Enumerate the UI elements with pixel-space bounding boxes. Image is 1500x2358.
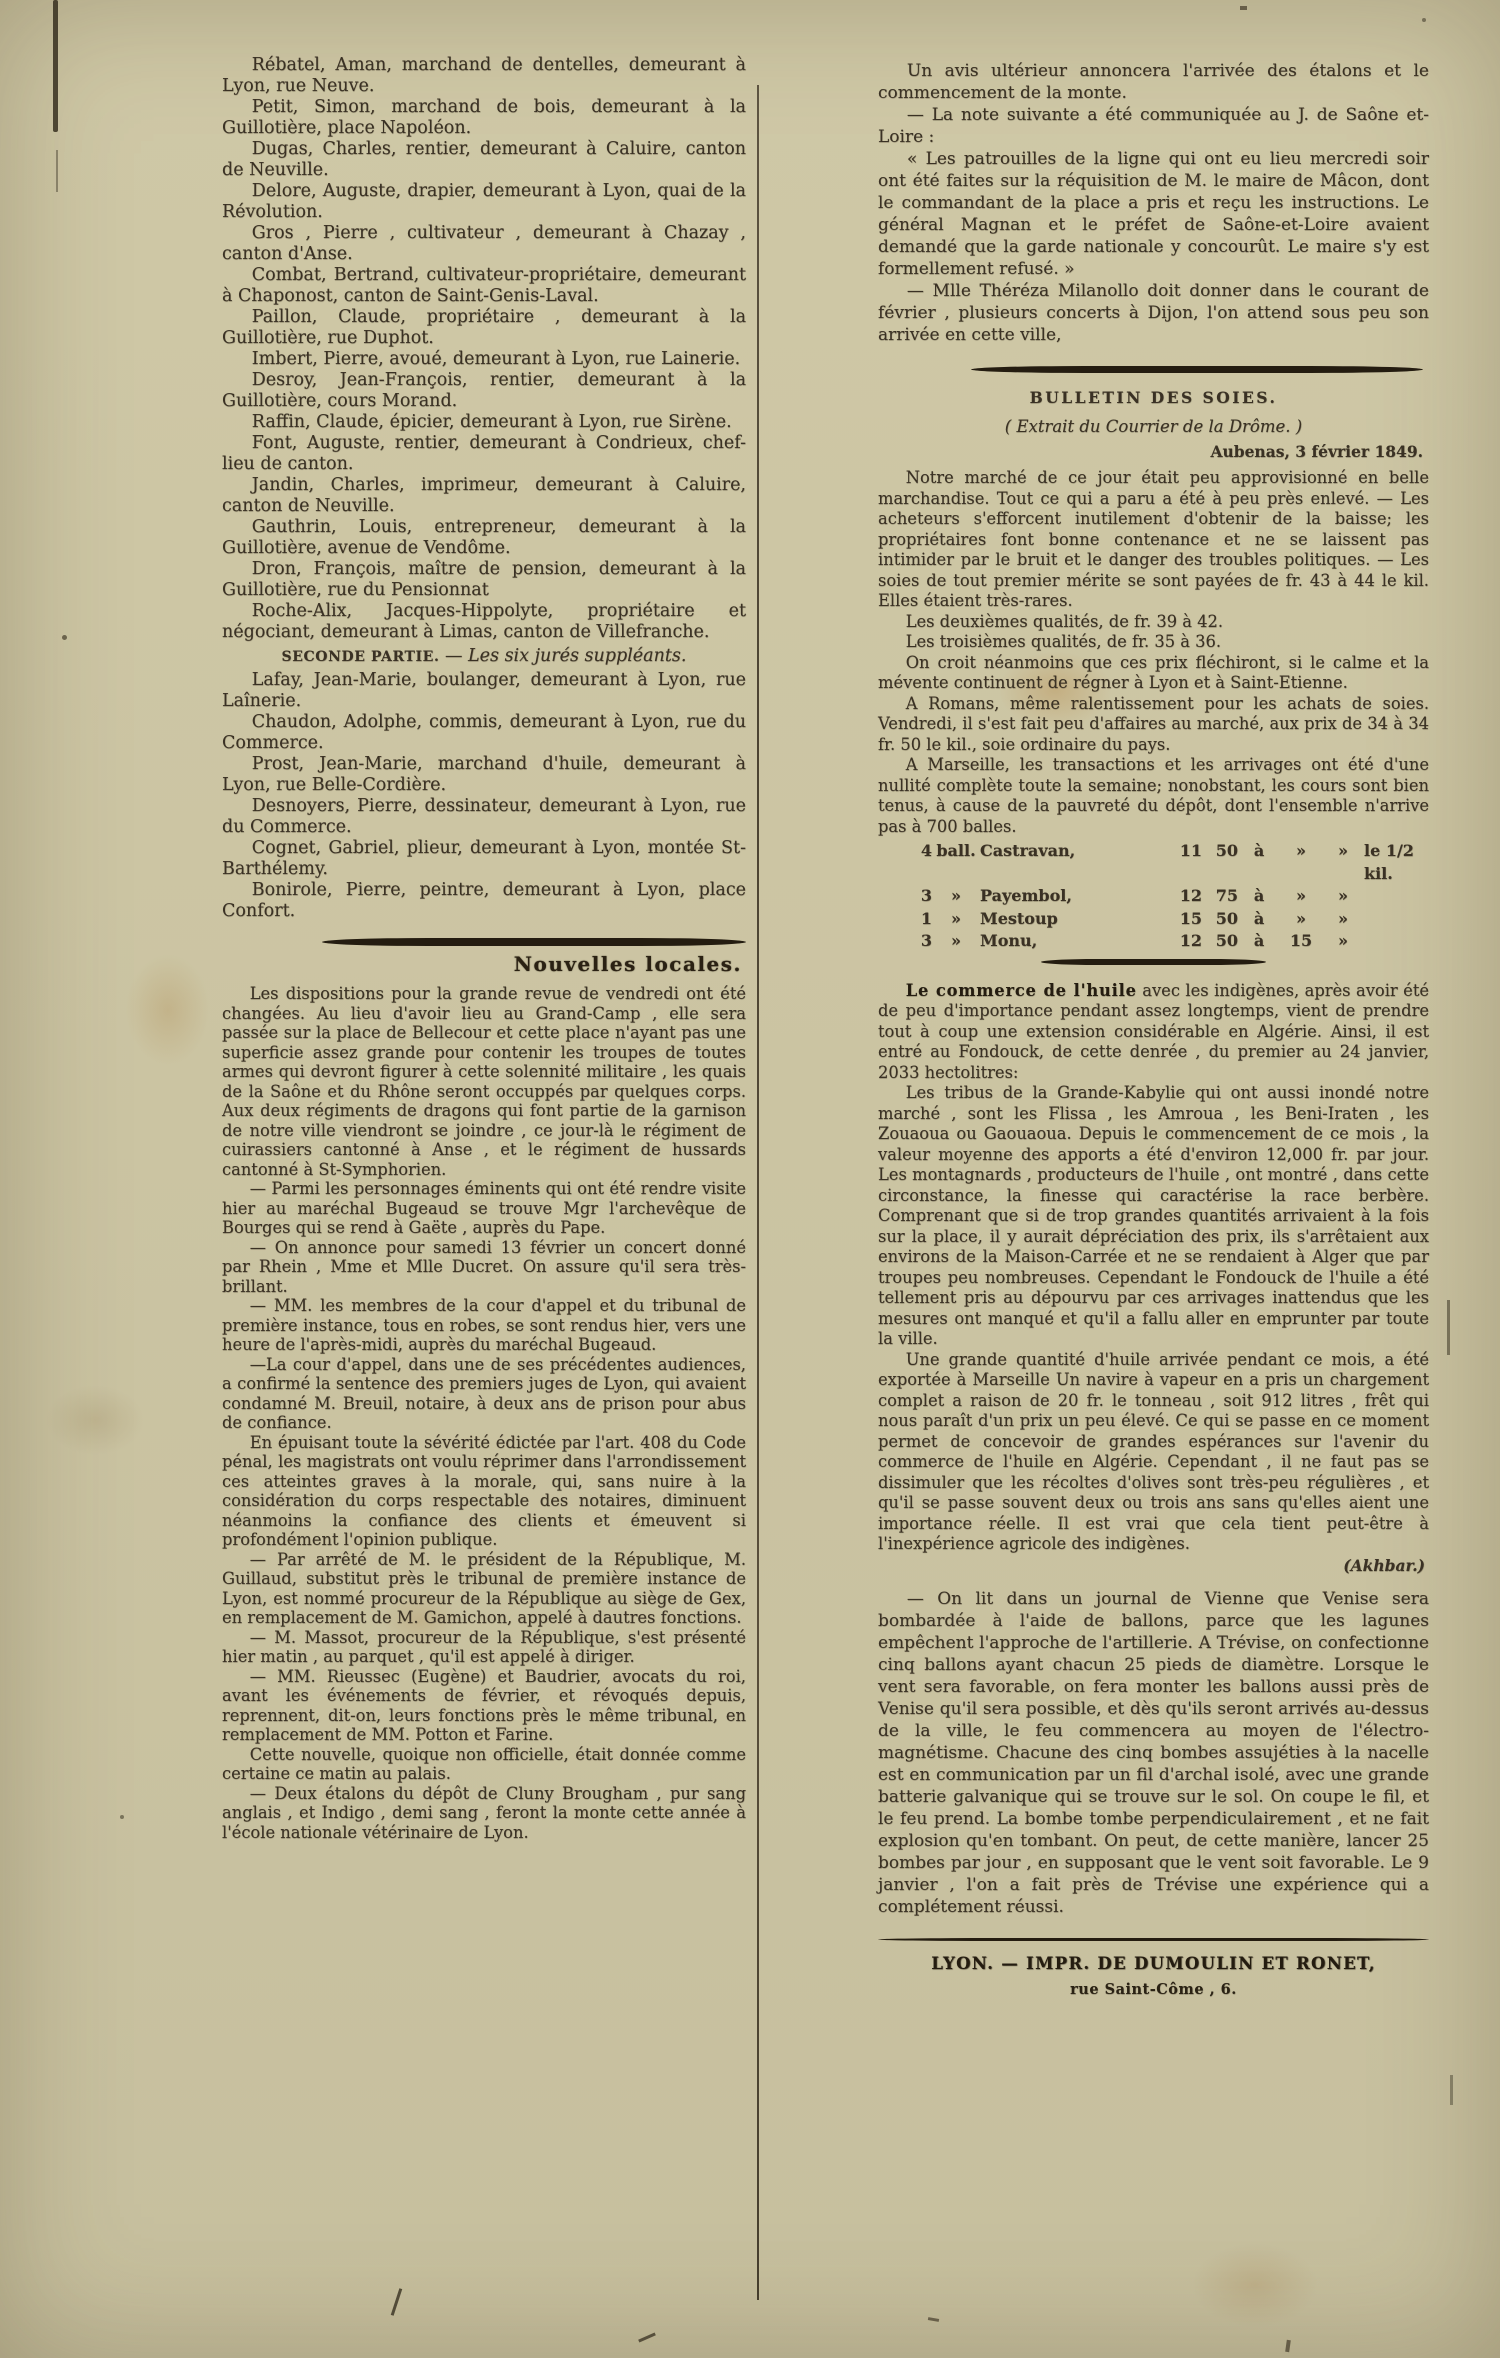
oil-trade-paragraph: Une grande quantité d'huile arrivée pend…	[878, 1350, 1429, 1555]
soies-paragraph: A Romans, même ralentissement pour les a…	[878, 694, 1429, 756]
price-row: 3 » Payembol, 12 75 à » »	[906, 885, 1429, 908]
price-high-francs: 15	[1280, 930, 1322, 953]
price-high-centimes: »	[1322, 840, 1364, 885]
venise-balloons-paragraph: — On lit dans un journal de Vienne que V…	[878, 1588, 1429, 1918]
local-news-section: Les dispositions pour la grande revue de…	[222, 984, 746, 1842]
seconde-partie-label: SECONDE PARTIE.	[282, 649, 440, 665]
imprint-rule	[878, 1938, 1429, 1942]
news-paragraph: Les dispositions pour la grande revue de…	[222, 984, 746, 1179]
juror-entry: Combat, Bertrand, cultivateur-propriétai…	[222, 265, 746, 307]
juror-entry: Dugas, Charles, rentier, demeurant à Cal…	[222, 139, 746, 181]
column-divider	[757, 85, 759, 2300]
seconde-partie-title: — Les six jurés suppléants.	[439, 646, 686, 666]
news-paragraph: — La note suivante a été communiquée au …	[878, 104, 1429, 148]
news-paragraph: — Deux étalons du dépôt de Cluny Brougha…	[222, 1784, 746, 1843]
price-high-francs: »	[1280, 908, 1322, 931]
printer-imprint-line2: rue Saint-Côme , 6.	[878, 1979, 1429, 2001]
bale-count: 3	[906, 930, 932, 953]
price-unit-note	[1364, 885, 1429, 908]
scan-artifact	[638, 2332, 656, 2342]
juror-entry: Petit, Simon, marchand de bois, demeuran…	[222, 97, 746, 139]
oil-trade-paragraphs: Les tribus de la Grande-Kabylie qui ont …	[878, 1083, 1429, 1555]
newspaper-page: Rébatel, Aman, marchand de dentelles, de…	[0, 0, 1500, 2358]
section-rule	[1041, 959, 1266, 965]
news-paragraph: — M. Massot, procureur de la République,…	[222, 1628, 746, 1667]
seconde-partie-line: SECONDE PARTIE. — Les six jurés suppléan…	[222, 646, 746, 668]
price-to: à	[1238, 908, 1280, 931]
juror-entry: Cognet, Gabriel, plieur, demeurant à Lyo…	[222, 838, 746, 880]
juror-entry: Gros , Pierre , cultivateur , demeurant …	[222, 223, 746, 265]
scan-artifact	[1450, 2075, 1453, 2105]
news-paragraph: En épuisant toute la sévérité édictée pa…	[222, 1433, 746, 1550]
news-paragraph: — Parmi les personnages éminents qui ont…	[222, 1179, 746, 1238]
price-francs: 15	[1168, 908, 1202, 931]
price-to: à	[1238, 885, 1280, 908]
price-unit-note	[1364, 930, 1429, 953]
news-paragraph: Cette nouvelle, quoique non officielle, …	[222, 1745, 746, 1784]
price-to: à	[1238, 840, 1280, 885]
juror-entry: Raffin, Claude, épicier, demeurant à Lyo…	[222, 412, 746, 433]
oil-trade-paragraph: Les tribus de la Grande-Kabylie qui ont …	[878, 1083, 1429, 1350]
price-unit-note: le 1/2 kil.	[1364, 840, 1429, 885]
scan-artifact	[62, 635, 67, 640]
bale-count: 4	[906, 840, 932, 885]
printer-imprint-line1: LYON. — IMPR. DE DUMOULIN ET RONET,	[878, 1953, 1429, 1975]
news-paragraph: — MM. les membres de la cour d'appel et …	[222, 1296, 746, 1355]
soies-paragraph: A Marseille, les transactions et les arr…	[878, 755, 1429, 837]
silk-name: Monu,	[980, 930, 1168, 953]
spacer	[878, 1580, 1429, 1588]
silk-name: Mestoup	[980, 908, 1168, 931]
soies-paragraph: Notre marché de ce jour était peu approv…	[878, 468, 1429, 612]
price-high-centimes: »	[1322, 885, 1364, 908]
bulletin-body: Notre marché de ce jour était peu approv…	[878, 468, 1429, 837]
akhbar-attribution: (Akhbar.)	[878, 1555, 1425, 1577]
news-paragraph: —La cour d'appel, dans une de ses précéd…	[222, 1355, 746, 1433]
bulletin-dateline: Aubenas, 3 février 1849.	[878, 441, 1423, 463]
juror-entry: Paillon, Claude, propriétaire , demeuran…	[222, 307, 746, 349]
jurors-list-part1: Rébatel, Aman, marchand de dentelles, de…	[222, 55, 746, 643]
price-francs: 12	[1168, 885, 1202, 908]
price-high-centimes: »	[1322, 908, 1364, 931]
oil-trade-lead-paragraph: Le commerce de l'huile avec les indigène…	[878, 981, 1429, 1084]
nouvelles-locales-heading: Nouvelles locales.	[222, 954, 742, 975]
scan-artifact	[1422, 18, 1426, 22]
news-paragraph: Un avis ultérieur annoncera l'arrivée de…	[878, 60, 1429, 104]
bulletin-title: BULLETIN DES SOIES.	[878, 387, 1429, 409]
bale-count: 3	[906, 885, 932, 908]
price-francs: 11	[1168, 840, 1202, 885]
juror-entry: Rébatel, Aman, marchand de dentelles, de…	[222, 55, 746, 97]
news-paragraph: « Les patrouilles de la ligne qui ont eu…	[878, 148, 1429, 280]
news-paragraph: — On annonce pour samedi 13 février un c…	[222, 1238, 746, 1297]
scan-artifact	[56, 150, 58, 192]
news-paragraph: — Par arrêté de M. le président de la Ré…	[222, 1550, 746, 1628]
news-paragraph: — MM. Rieussec (Eugène) et Baudrier, avo…	[222, 1667, 746, 1745]
price-centimes: 50	[1202, 930, 1238, 953]
right-column: Un avis ultérieur annoncera l'arrivée de…	[878, 60, 1429, 2001]
soies-paragraph: On croit néanmoins que ces prix fléchiro…	[878, 653, 1429, 694]
price-centimes: 50	[1202, 908, 1238, 931]
price-high-francs: »	[1280, 885, 1322, 908]
oil-trade-lead: Le commerce de l'huile	[906, 981, 1137, 1000]
juror-entry: Desroy, Jean-François, rentier, demeuran…	[222, 370, 746, 412]
juror-entry: Gauthrin, Louis, entrepreneur, demeurant…	[222, 517, 746, 559]
juror-entry: Delore, Auguste, drapier, demeurant à Ly…	[222, 181, 746, 223]
price-table: 4 ball. Castravan, 11 50 à » » le 1/2 ki…	[906, 840, 1429, 953]
bale-unit: »	[932, 885, 980, 908]
price-centimes: 75	[1202, 885, 1238, 908]
scan-artifact	[1285, 2340, 1291, 2352]
price-high-francs: »	[1280, 840, 1322, 885]
jurors-list-part2: Lafay, Jean-Marie, boulanger, demeurant …	[222, 670, 746, 922]
scan-artifact	[53, 0, 58, 132]
soies-paragraph: Les troisièmes qualités, de fr. 35 à 36.	[878, 632, 1429, 653]
juror-entry: Chaudon, Adolphe, commis, demeurant à Ly…	[222, 712, 746, 754]
scan-artifact	[928, 2317, 939, 2322]
juror-entry: Dron, François, maître de pension, demeu…	[222, 559, 746, 601]
juror-entry: Imbert, Pierre, avoué, demeurant à Lyon,…	[222, 349, 746, 370]
silk-name: Payembol,	[980, 885, 1168, 908]
price-to: à	[1238, 930, 1280, 953]
oil-trade-section: Le commerce de l'huile avec les indigène…	[878, 981, 1429, 1577]
scan-artifact	[120, 1815, 124, 1819]
price-row: 3 » Monu, 12 50 à 15 »	[906, 930, 1429, 953]
scan-artifact	[391, 2288, 403, 2316]
bale-unit: »	[932, 908, 980, 931]
scan-artifact	[1240, 6, 1247, 10]
intro-news-section: Un avis ultérieur annoncera l'arrivée de…	[878, 60, 1429, 346]
news-paragraph: — Mlle Théréza Milanollo doit donner dan…	[878, 280, 1429, 346]
juror-entry: Font, Auguste, rentier, demeurant à Cond…	[222, 433, 746, 475]
price-row: 4 ball. Castravan, 11 50 à » » le 1/2 ki…	[906, 840, 1429, 885]
bale-unit: »	[932, 930, 980, 953]
section-rule	[322, 938, 746, 946]
price-francs: 12	[1168, 930, 1202, 953]
juror-entry: Roche-Alix, Jacques-Hippolyte, propriéta…	[222, 601, 746, 643]
left-column: Rébatel, Aman, marchand de dentelles, de…	[222, 55, 746, 1842]
bale-unit: ball.	[932, 840, 980, 885]
juror-entry: Bonirole, Pierre, peintre, demeurant à L…	[222, 880, 746, 922]
price-row: 1 » Mestoup 15 50 à » »	[906, 908, 1429, 931]
section-rule	[971, 366, 1423, 373]
bulletin-source: ( Extrait du Courrier de la Drôme. )	[878, 416, 1429, 438]
price-high-centimes: »	[1322, 930, 1364, 953]
price-unit-note	[1364, 908, 1429, 931]
bale-count: 1	[906, 908, 932, 931]
juror-entry: Lafay, Jean-Marie, boulanger, demeurant …	[222, 670, 746, 712]
soies-paragraph: Les deuxièmes qualités, de fr. 39 à 42.	[878, 612, 1429, 633]
juror-entry: Prost, Jean-Marie, marchand d'huile, dem…	[222, 754, 746, 796]
juror-entry: Jandin, Charles, imprimeur, demeurant à …	[222, 475, 746, 517]
silk-name: Castravan,	[980, 840, 1168, 885]
juror-entry: Desnoyers, Pierre, dessinateur, demeuran…	[222, 796, 746, 838]
scan-artifact	[1447, 1300, 1450, 1355]
price-centimes: 50	[1202, 840, 1238, 885]
